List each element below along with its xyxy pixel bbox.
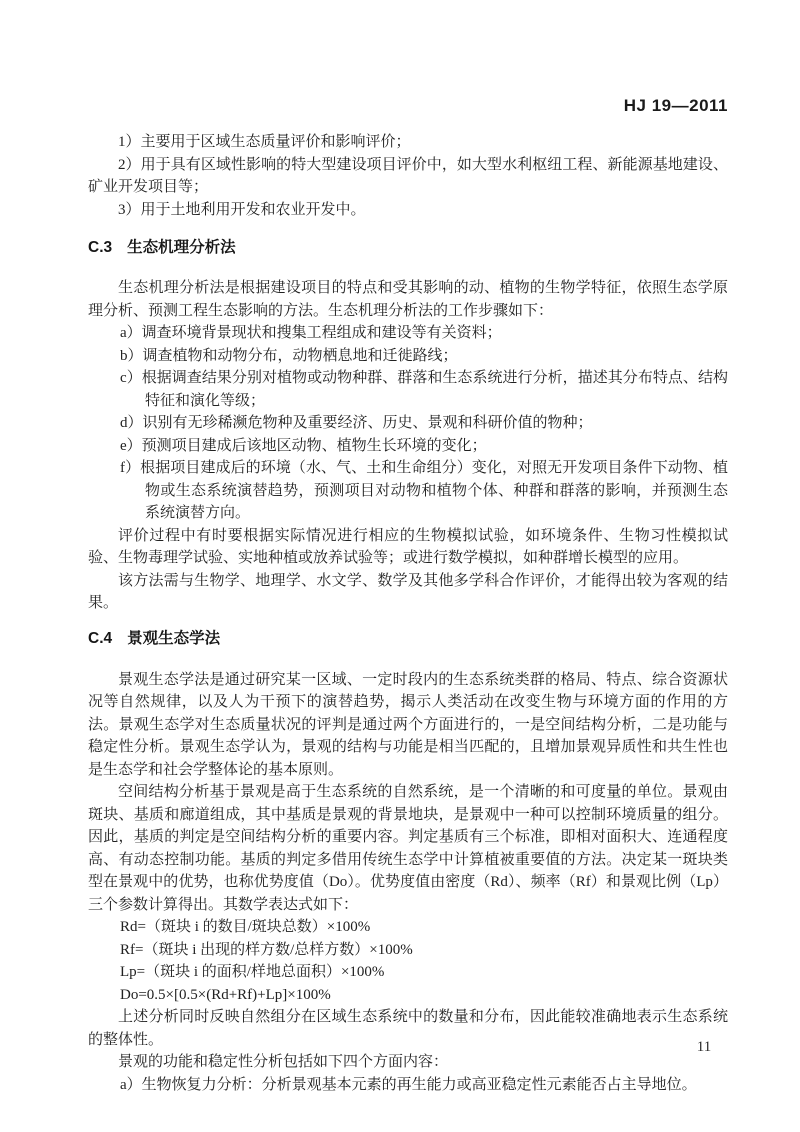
c4-paragraph-3: 上述分析同时反映自然组分在区域生态系统中的数量和分布，因此能较准确地表示生态系统… xyxy=(88,1006,728,1051)
page-number: 11 xyxy=(684,1036,724,1059)
c3-step-c: c）根据调查结果分别对植物或动物种群、群落和生态系统进行分析，描述其分布特点、结… xyxy=(88,367,728,412)
c4-paragraph-1: 景观生态学法是通过研究某一区域、一定时段内的生态系统类群的格局、特点、综合资源状… xyxy=(88,669,728,782)
section-number: C.3 xyxy=(88,239,112,256)
doc-number-header: HJ 19—2011 xyxy=(88,96,728,115)
section-title: 生态机理分析法 xyxy=(127,239,236,256)
intro-list: 1）主要用于区域生态质量评价和影响评价； 2）用于具有区域性影响的特大型建设项目… xyxy=(88,131,728,221)
formula-do: Do=0.5×[0.5×(Rd+Rf)+Lp]×100% xyxy=(88,984,728,1007)
c3-paragraph-1: 生态机理分析法是根据建设项目的特点和受其影响的动、植物的生物学特征，依照生态学原… xyxy=(88,277,728,322)
page-content: 1）主要用于区域生态质量评价和影响评价； 2）用于具有区域性影响的特大型建设项目… xyxy=(88,131,728,1096)
c3-step-a: a）调查环境背景现状和搜集工程组成和建设等有关资料； xyxy=(88,322,728,345)
section-heading-c4: C.4景观生态学法 xyxy=(88,629,728,649)
document-page: HJ 19—2011 1）主要用于区域生态质量评价和影响评价； 2）用于具有区域… xyxy=(0,0,800,1132)
intro-list-item-3: 3）用于土地利用开发和农业开发中。 xyxy=(88,199,728,222)
section-title: 景观生态学法 xyxy=(127,630,220,647)
formula-lp: Lp=（斑块 i 的面积/样地总面积）×100% xyxy=(88,961,728,984)
c4-item-a: a）生物恢复力分析：分析景观基本元素的再生能力或高亚稳定性元素能否占主导地位。 xyxy=(88,1074,728,1097)
section-heading-c3: C.3生态机理分析法 xyxy=(88,238,728,258)
c4-formula-block: Rd=（斑块 i 的数目/斑块总数）×100% Rf=（斑块 i 出现的样方数/… xyxy=(88,916,728,1006)
c3-steps-list: a）调查环境背景现状和搜集工程组成和建设等有关资料； b）调查植物和动物分布，动… xyxy=(88,322,728,525)
c3-step-f: f）根据项目建成后的环境（水、气、土和生命组分）变化，对照无开发项目条件下动物、… xyxy=(88,457,728,525)
c3-paragraph-3: 该方法需与生物学、地理学、水文学、数学及其他多学科合作评价，才能得出较为客观的结… xyxy=(88,570,728,615)
intro-list-item-2: 2）用于具有区域性影响的特大型建设项目评价中，如大型水利枢纽工程、新能源基地建设… xyxy=(88,154,728,199)
c4-paragraph-4: 景观的功能和稳定性分析包括如下四个方面内容： xyxy=(88,1051,728,1074)
c3-step-e: e）预测项目建成后该地区动物、植物生长环境的变化； xyxy=(88,435,728,458)
formula-rf: Rf=（斑块 i 出现的样方数/总样方数）×100% xyxy=(88,939,728,962)
c3-paragraph-2: 评价过程中有时要根据实际情况进行相应的生物模拟试验，如环境条件、生物习性模拟试验… xyxy=(88,525,728,570)
c4-paragraph-2: 空间结构分析基于景观是高于生态系统的自然系统，是一个清晰的和可度量的单位。景观由… xyxy=(88,781,728,916)
intro-list-item-1: 1）主要用于区域生态质量评价和影响评价； xyxy=(88,131,728,154)
section-number: C.4 xyxy=(88,630,112,647)
formula-rd: Rd=（斑块 i 的数目/斑块总数）×100% xyxy=(88,916,728,939)
c3-step-b: b）调查植物和动物分布，动物栖息地和迁徙路线； xyxy=(88,345,728,368)
c3-step-d: d）识别有无珍稀濒危物种及重要经济、历史、景观和科研价值的物种； xyxy=(88,412,728,435)
